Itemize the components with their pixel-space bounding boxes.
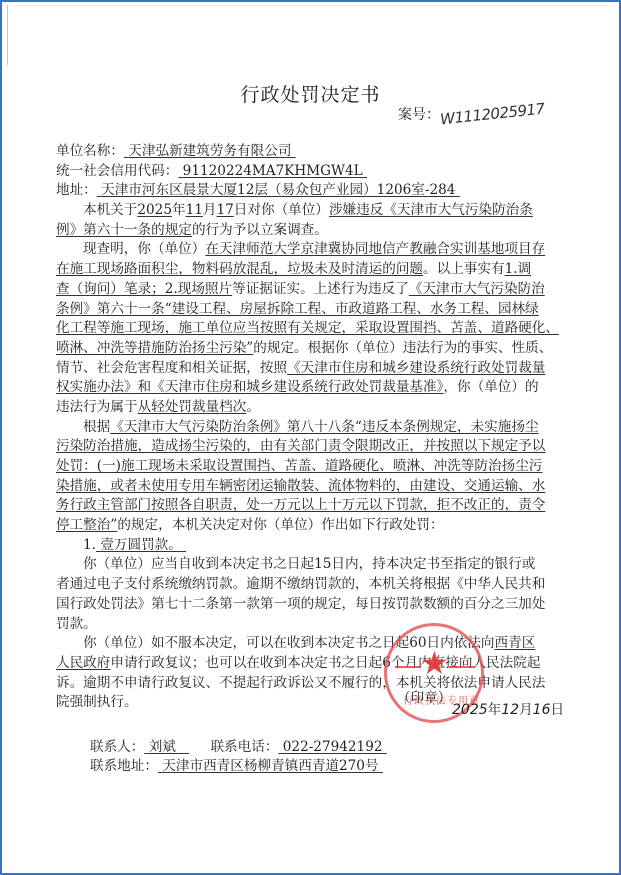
paragraph-case-filing-line2: 例》第六十一条的规定的行为予以立案调查。	[56, 221, 572, 241]
violation-text: 涉嫌违反《天津市大气污染防治条	[329, 202, 533, 218]
paragraph-case-filing-line1: 本机关于2025年11月17日对你（单位）涉嫌违反《天津市大气污染防治条	[56, 201, 572, 221]
address-label: 地址：	[56, 182, 97, 198]
basis-line-1: 根据《天津市大气污染防治条例》第八十八条“违反本条例规定，未实施扬尘	[56, 418, 572, 438]
seal-star-icon: ★	[420, 644, 449, 682]
facts-line-9: 违法行为属于从轻处罚裁量档次。	[56, 398, 572, 418]
address-value: 天津市河东区晨景大厦12层（易众包产业园）1206室-284	[97, 182, 460, 198]
date-month: 12	[501, 702, 519, 718]
contact-address-label: 联系地址：	[90, 758, 158, 774]
credit-code-value: 91120224MA7KHMGW4L	[178, 163, 367, 179]
payment-line-3: 国行政处罚法》第七十二条第一款第一项的规定，每日按罚款数额的百分之三加处	[56, 595, 572, 615]
credit-code-label: 统一社会信用代码：	[56, 163, 178, 179]
basis-line-4: 染措施，或者未使用专用车辆密闭运输散装、流体物料的，由建设、交通运输、水	[56, 477, 572, 497]
basis-line-2: 污染防治措施，造成扬尘污染的，由有关部门责令限期改正，并按照以下规定予以	[56, 437, 572, 457]
contact-info: 联系人： 刘斌 联系电话： 022-27942192 联系地址： 天津市西青区杨…	[90, 738, 387, 776]
contact-person: 刘斌	[144, 739, 188, 755]
penalty-amount: 壹万圆罚款。	[96, 537, 186, 553]
unit-name-label: 单位名称：	[56, 143, 124, 159]
seal-bar-right	[449, 666, 475, 668]
appeal-line-3: 诉。逾期不申请行政复议、不提起行政诉讼又不履行的，本机关将依法申请人民法	[56, 674, 572, 694]
facts-line-2: 在施工现场路面积尘，物料码放混乱，垃圾未及时清运的问题。以上事实有1.调	[56, 260, 572, 280]
seal-label: （印章）	[397, 686, 451, 706]
filing-year: 2025	[137, 202, 172, 218]
facts-line-7: 情节、社会危害程度和相关证据，按照《天津市住房和城乡建设系统行政处罚裁量	[56, 359, 572, 379]
date-day: 16	[533, 702, 551, 718]
payment-line-1: 你（单位）应当自收到本决定书之日起15日内，持本决定书至指定的银行或	[56, 555, 572, 575]
facts-line-6: 喷淋、冲洗等措施防治扬尘污染”的规定。根据你（单位）违法行为的事实、性质、	[56, 339, 572, 359]
document-body: 单位名称： 天津弘新建筑劳务有限公司 统一社会信用代码： 91120224MA7…	[56, 142, 572, 713]
appeal-line-1: 你（单位）如不服本决定，可以在收到本决定书之日起60日内依法向西青区	[56, 634, 572, 654]
contact-phone-label: 联系电话：	[210, 739, 278, 755]
filing-month: 11	[186, 202, 203, 218]
facts-line-5: 化工程等施工现场，施工单位应当按照有关规定，采取设置围挡、苫盖、道路硬化、	[56, 319, 572, 339]
contact-address: 天津市西青区杨柳青镇西青道270号	[158, 758, 383, 774]
facts-line-3: 查（询问）笔录；2.现场照片等证据证实。上述行为违反了《天津市大气污染防治	[56, 280, 572, 300]
facts-line-8: 权实施办法》和《天津市住房和城乡建设系统行政处罚裁量基准》，你（单位）的	[56, 378, 572, 398]
case-number: 案号：W1112025917	[398, 104, 545, 124]
payment-line-2: 者通过电子支付系统缴纳罚款。逾期不缴纳罚款的，本机关将根据《中华人民共和	[56, 575, 572, 595]
unit-name-row: 单位名称： 天津弘新建筑劳务有限公司	[56, 142, 572, 162]
appeal-line-2: 人民政府申请行政复议；也可以在收到本决定书之日起6个月内直接向人民法院起	[56, 654, 572, 674]
penalty-item: 1. 壹万圆罚款。	[56, 536, 572, 556]
contact-person-row: 联系人： 刘斌 联系电话： 022-27942192	[90, 738, 387, 757]
seal-bar-left	[395, 666, 421, 668]
payment-line-4: 罚款。	[56, 615, 572, 635]
basis-line-3: 处罚：(一)施工现场未采取设置围挡、苫盖、道路硬化、喷淋、冲洗等防治扬尘污	[56, 457, 572, 477]
contact-phone: 022-27942192	[278, 739, 386, 755]
facts-line-4: 条例》第六十一条“建设工程、房屋拆除工程、市政道路工程、水务工程、园林绿	[56, 300, 572, 320]
contact-address-row: 联系地址： 天津市西青区杨柳青镇西青道270号	[90, 757, 387, 776]
basis-line-5: 务行政主管部门按照各自职责，处一万元以上十万元以下罚款，拒不改正的，责令	[56, 496, 572, 516]
contact-person-label: 联系人：	[90, 739, 144, 755]
case-number-label: 案号：	[398, 107, 440, 123]
basis-line-6: 停工整治”的规定，本机关决定对你（单位）作出如下行政处罚：	[56, 516, 572, 536]
unit-name-value: 天津弘新建筑劳务有限公司	[124, 143, 296, 159]
filing-day: 17	[216, 202, 233, 218]
scan-edge	[7, 5, 8, 65]
scan-edge-top	[12, 5, 612, 6]
facts-line-1: 现查明，你（单位）在天津师范大学京津冀协同地信产教融合实训基地项目存	[56, 240, 572, 260]
signature-date: 2025年12月16日	[452, 698, 564, 718]
date-year: 2025	[452, 702, 488, 718]
credit-code-row: 统一社会信用代码： 91120224MA7KHMGW4L	[56, 162, 572, 182]
address-row: 地址： 天津市河东区晨景大厦12层（易众包产业园）1206室-284	[56, 181, 572, 201]
